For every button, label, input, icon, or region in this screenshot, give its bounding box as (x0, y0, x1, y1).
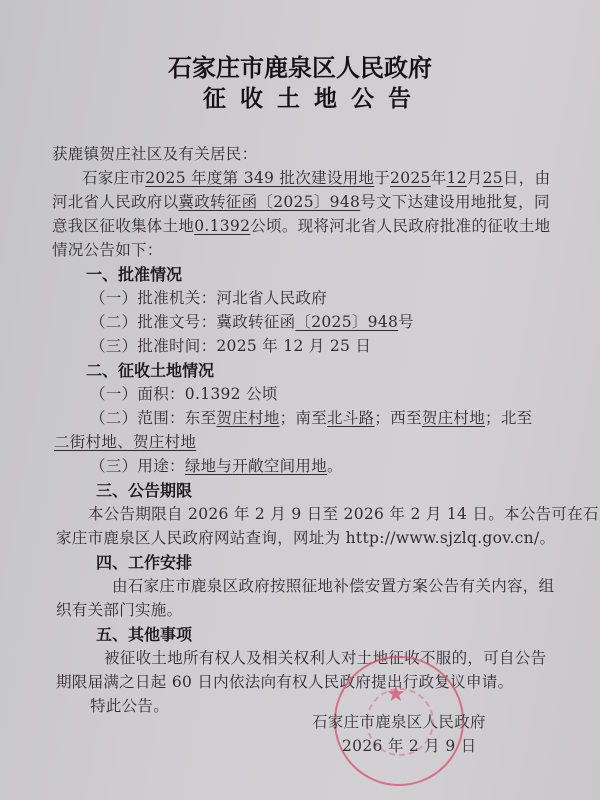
document-subtitle: 征收土地公告 (0, 80, 600, 113)
signature-date: 2026 年 2 月 9 日 (342, 734, 477, 756)
intro-text: 石家庄市 (82, 169, 145, 187)
label-text: ；南至 (280, 409, 327, 427)
approval-date: （三）批准时间：2025 年 12 月 25 日 (90, 334, 371, 356)
approval-authority: （一）批准机关：河北省人民政府 (90, 286, 327, 308)
batch-name: 2025 年度第 349 批次建设用地 (145, 169, 374, 187)
land-area: 0.1392 (194, 217, 250, 235)
work-line-1: 由石家庄市鹿泉区政府按照征地补偿安置方案公告有关内容，组 (112, 574, 554, 596)
approval-day: 25 (483, 169, 503, 187)
land-use-type: 绿地与开敞空间用地 (185, 457, 327, 475)
section-heading-work: 四、工作安排 (96, 550, 192, 573)
land-scope: （二）范围：东至贺庄村地；南至北斗路；西至贺庄村地；北至 (90, 406, 532, 428)
intro-line-2: 河北省人民政府以冀政转征函〔2025〕948号文下达建设用地批复，同 (52, 190, 550, 212)
approval-month: 12 (447, 169, 467, 187)
intro-text: 公顷。现将河北省人民政府批准的征收土地 (250, 217, 550, 235)
label-text: 号 (398, 313, 414, 331)
work-line-2: 织有关部门实施。 (56, 598, 182, 620)
north-boundary: 二街村地、贺庄村地 (54, 433, 196, 451)
section-heading-period: 三、公告期限 (96, 478, 192, 501)
west-boundary: 贺庄村地 (422, 409, 485, 427)
east-boundary: 贺庄村地 (216, 409, 279, 427)
seal-star-icon: ★ (386, 682, 406, 707)
label-text: ；西至 (374, 409, 421, 427)
label-text: 。 (327, 457, 343, 475)
document-title: 石家庄市鹿泉区人民政府 (0, 48, 600, 83)
approval-year: 2025 (390, 169, 431, 187)
section-heading-land: 二、征收土地情况 (86, 358, 214, 381)
intro-text: 月 (467, 169, 483, 187)
south-boundary: 北斗路 (327, 409, 374, 427)
label-text: （二）批准文号：冀政转征函 (90, 313, 295, 331)
intro-text: 年 (431, 169, 447, 187)
land-use: （三）用途：绿地与开敞空间用地。 (90, 454, 343, 476)
closing-text: 特此公告。 (90, 694, 169, 716)
section-heading-other: 五、其他事项 (96, 622, 192, 645)
doc-number: 〔2025〕948 (295, 313, 398, 331)
period-line-2: 家庄市鹿泉区人民政府网站查询，网址为 http://www.sjzlq.gov.… (56, 526, 555, 548)
signature-org: 石家庄市鹿泉区人民政府 (312, 710, 486, 732)
intro-line-1: 石家庄市2025 年度第 349 批次建设用地于2025年12月25日，由 (82, 166, 550, 188)
intro-text: 河北省人民政府以 (52, 193, 178, 211)
approval-doc-number: 冀政转征函〔2025〕948 (178, 193, 360, 211)
intro-text: 于 (374, 169, 390, 187)
label-text: （二）范围：东至 (90, 409, 216, 427)
intro-text: 日，由 (503, 169, 550, 187)
intro-line-3: 意我区征收集体土地0.1392公顷。现将河北省人民政府批准的征收土地 (52, 214, 550, 236)
addressee: 获鹿镇贺庄社区及有关居民： (52, 142, 257, 164)
other-line-1: 被征收土地所有权人及相关权利人对土地征收不服的，可自公告 (104, 646, 546, 668)
label-text: ；北至 (485, 409, 532, 427)
intro-line-4: 情况公告如下： (52, 238, 163, 260)
approval-doc: （二）批准文号：冀政转征函〔2025〕948号 (90, 310, 414, 332)
land-area-item: （一）面积：0.1392 公顷 (90, 382, 278, 404)
section-heading-approval: 一、批准情况 (86, 262, 182, 285)
intro-text: 号文下达建设用地批复，同 (360, 193, 550, 211)
label-text: （三）用途： (90, 457, 185, 475)
intro-text: 意我区征收集体土地 (52, 217, 194, 235)
period-line-1: 本公告期限自 2026 年 2 月 9 日至 2026 年 2 月 14 日。本… (88, 502, 599, 524)
land-scope-cont: 二街村地、贺庄村地 (54, 430, 196, 452)
